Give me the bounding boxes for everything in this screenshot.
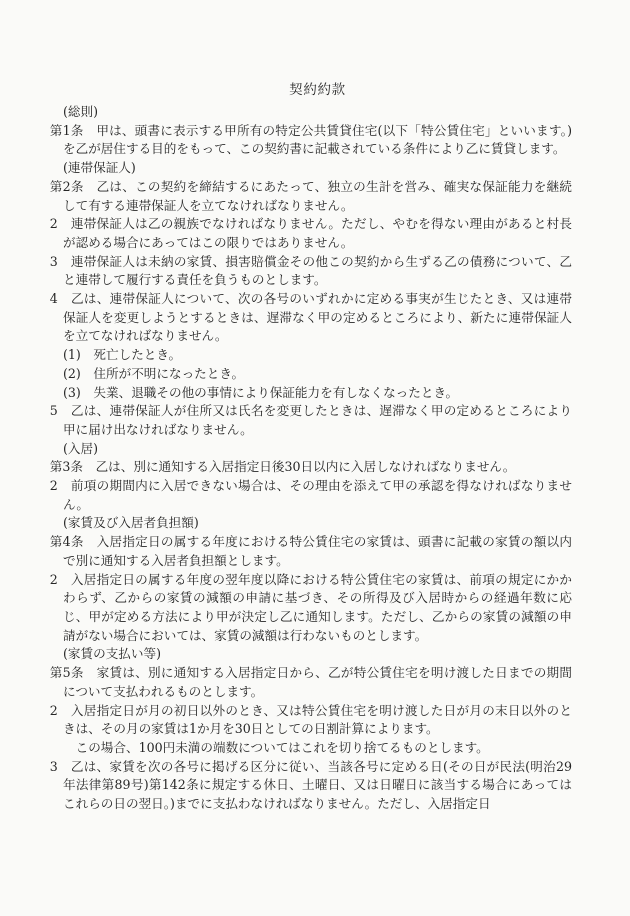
sub-clause: (2) 住所が不明になったとき。	[63, 365, 572, 384]
numbered-clause: 5 乙は、連帯保証人が住所又は氏名を変更したときは、遅滞なく甲の定めるところによ…	[63, 402, 572, 439]
section-heading: (総則)	[63, 103, 572, 122]
numbered-clause: 4 乙は、連帯保証人について、次の各号のいずれかに定める事実が生じたとき、又は連…	[63, 290, 572, 346]
article-clause: 第5条 家賃は、別に通知する入居指定日から、乙が特公賃住宅を明け渡した日までの期…	[63, 664, 572, 701]
article-clause: 第1条 甲は、頭書に表示する甲所有の特定公共賃貸住宅(以下「特公賃住宅」といいま…	[63, 122, 572, 159]
numbered-clause: 3 連帯保証人は未納の家賃、損害賠償金その他この契約から生ずる乙の債務について、…	[63, 253, 572, 290]
section-heading: (入居)	[63, 440, 572, 459]
numbered-clause: 2 入居指定日の属する年度の翌年度以降における特公賃住宅の家賃は、前項の規定にか…	[63, 571, 572, 646]
sub-clause: (3) 失業、退職その他の事情により保証能力を有しなくなったとき。	[63, 384, 572, 403]
document-body: (総則)第1条 甲は、頭書に表示する甲所有の特定公共賃貸住宅(以下「特公賃住宅」…	[63, 103, 572, 814]
sub-clause: (1) 死亡したとき。	[63, 346, 572, 365]
article-clause: 第2条 乙は、この契約を締結するにあたって、独立の生計を営み、確実な保証能力を継…	[63, 178, 572, 215]
numbered-clause: 3 乙は、家賃を次の各号に掲げる区分に従い、当該各号に定める日(その日が民法(明…	[63, 758, 572, 814]
document-title: 契約約款	[63, 78, 572, 98]
article-clause: 第4条 入居指定日の属する年度における特公賃住宅の家賃は、頭書に記載の家賃の額以…	[63, 533, 572, 570]
numbered-clause: 2 前項の期間内に入居できない場合は、その理由を添えて甲の承認を得なければなりま…	[63, 477, 572, 514]
section-heading: (連帯保証人)	[63, 159, 572, 178]
article-clause: 第3条 乙は、別に通知する入居指定日後30日以内に入居しなければなりません。	[63, 458, 572, 477]
section-heading: (家賃及び入居者負担額)	[63, 514, 572, 533]
document-page: 契約約款 (総則)第1条 甲は、頭書に表示する甲所有の特定公共賃貸住宅(以下「特…	[0, 0, 630, 916]
numbered-clause: 2 連帯保証人は乙の親族でなければなりません。ただし、やむを得ない理由があると村…	[63, 215, 572, 252]
continuation-line: この場合、100円未満の端数についてはこれを切り捨てるものとします。	[63, 739, 572, 758]
section-heading: (家賃の支払い等)	[63, 645, 572, 664]
numbered-clause: 2 入居指定日が月の初日以外のとき、又は特公賃住宅を明け渡した日が月の末日以外の…	[63, 702, 572, 739]
